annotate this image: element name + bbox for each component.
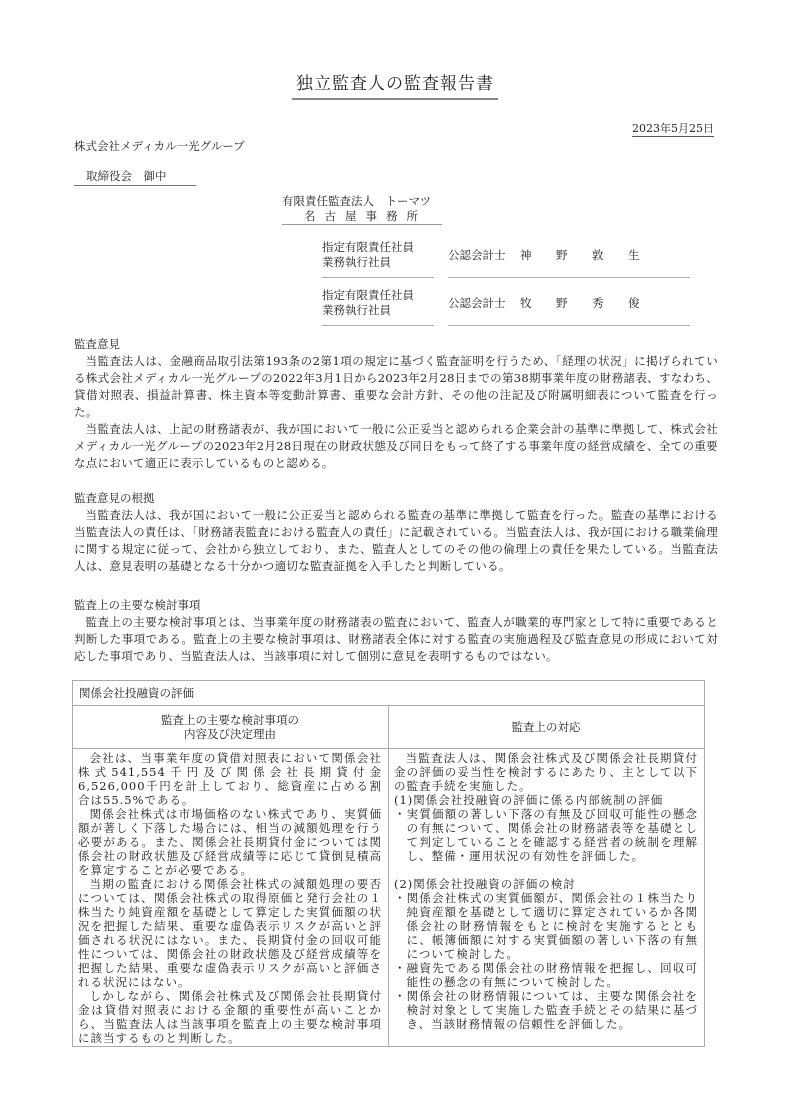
section-heading: 監査上の主要な検討事項 — [74, 597, 718, 614]
section-heading: 監査意見 — [74, 336, 718, 353]
role-line-1: 指定有限責任社員 — [322, 240, 434, 255]
kam-response-bullet: ・実質価額の著しい下落の有無及び回収可能性の懸念の有無について、関係会社の財務諸… — [394, 807, 698, 863]
name-char: 生 — [628, 240, 664, 270]
report-title: 独立監査人の監査報告書 — [292, 73, 498, 100]
signatory-2: 指定有限責任社員 業務執行社員 公認会計士牧野秀俊 — [322, 288, 690, 328]
section-heading: 監査意見の根拠 — [74, 490, 718, 507]
report-title-wrap: 独立監査人の監査報告書 — [0, 73, 790, 100]
kam-response-bullet: ・関係会社株式の実質価額が、関係会社の１株当たり純資産額を基礎として適切に算定さ… — [394, 891, 698, 961]
audit-firm: 有限責任監査法人 トーマツ 名古屋事務所 — [282, 194, 442, 225]
name-char: 敦 — [592, 240, 628, 270]
signatory-role: 指定有限責任社員 業務執行社員 — [322, 240, 434, 278]
name-char: 俊 — [628, 288, 664, 318]
section-audit-opinion: 監査意見 当監査法人は、金融商品取引法第193条の2第1項の規定に基づく監査証明… — [74, 336, 718, 472]
kam-response-bullet: ・融資先である関係会社の財務情報を把握し、回収可能性の懸念の有無について検討した… — [394, 961, 698, 989]
role-line-2: 業務執行社員 — [322, 255, 434, 270]
audit-firm-name: 有限責任監査法人 トーマツ — [282, 194, 442, 209]
section-paragraph: 監査上の主要な検討事項とは、当事業年度の財務諸表の監査において、監査人が職業的専… — [74, 614, 718, 665]
kam-paragraph: 会社は、当事業年度の貸借対照表において関係会社株式541,554千円及び関係会社… — [78, 751, 382, 807]
name-char: 牧 — [520, 288, 556, 318]
name-char: 野 — [556, 240, 592, 270]
audit-firm-office: 名古屋事務所 — [282, 209, 442, 224]
section-basis-for-opinion: 監査意見の根拠 当監査法人は、我が国において一般に公正妥当と認められる監査の基準… — [74, 490, 718, 575]
kam-response-group-heading: (2)関係会社投融資の評価の検討 — [394, 877, 698, 891]
role-line-2: 業務執行社員 — [322, 303, 434, 318]
kam-header-left: 監査上の主要な検討事項の 内容及び決定理由 — [73, 706, 389, 749]
kam-paragraph: しかしながら、関係会社株式及び関係会社長期貸付金は貸借対照表における金額的重要性… — [78, 989, 382, 1045]
kam-response-bullet: ・関係会社の財務情報については、主要な関係会社を検討対象として実施した監査手続と… — [394, 989, 698, 1031]
name-char: 神 — [520, 240, 556, 270]
kam-description: 会社は、当事業年度の貸借対照表において関係会社株式541,554千円及び関係会社… — [73, 749, 389, 1047]
role-line-1: 指定有限責任社員 — [322, 288, 434, 303]
qualification: 公認会計士 — [448, 288, 520, 318]
signatory-1: 指定有限責任社員 業務執行社員 公認会計士神野敦生 — [322, 240, 690, 280]
kam-response: 当監査法人は、関係会社株式及び関係会社長期貸付金の評価の妥当性を検討するにあたり… — [389, 749, 705, 1047]
section-paragraph: 当監査法人は、我が国において一般に公正妥当と認められる監査の基準に準拠して監査を… — [74, 507, 718, 575]
addressee-company: 株式会社メディカル一光グループ — [74, 138, 245, 155]
kam-category: 関係会社投融資の評価 — [73, 681, 705, 706]
qualification: 公認会計士 — [448, 240, 520, 270]
kam-header-right: 監査上の対応 — [389, 706, 705, 749]
report-date: 2023年5月25日 — [632, 121, 714, 137]
kam-body-row: 会社は、当事業年度の貸借対照表において関係会社株式541,554千円及び関係会社… — [73, 749, 705, 1047]
key-audit-matter-table: 関係会社投融資の評価 監査上の主要な検討事項の 内容及び決定理由 監査上の対応 … — [72, 680, 705, 1047]
addressee-board: 取締役会 御中 — [74, 168, 196, 186]
kam-paragraph: 当期の監査における関係会社株式の減額処理の要否については、関係会社株式の取得原価… — [78, 877, 382, 989]
signatory-role: 指定有限責任社員 業務執行社員 — [322, 288, 434, 326]
section-paragraph: 当監査法人は、金融商品取引法第193条の2第1項の規定に基づく監査証明を行うため… — [74, 353, 718, 421]
kam-response-intro: 当監査法人は、関係会社株式及び関係会社長期貸付金の評価の妥当性を検討するにあたり… — [394, 751, 698, 793]
name-char: 秀 — [592, 288, 628, 318]
kam-category-row: 関係会社投融資の評価 — [73, 681, 705, 706]
kam-header-row: 監査上の主要な検討事項の 内容及び決定理由 監査上の対応 — [73, 706, 705, 749]
section-key-audit-matters: 監査上の主要な検討事項 監査上の主要な検討事項とは、当事業年度の財務諸表の監査に… — [74, 597, 718, 665]
kam-paragraph: 関係会社株式は市場価格のない株式であり、実質価額が著しく下落した場合には、相当の… — [78, 807, 382, 877]
kam-response-group-heading: (1)関係会社投融資の評価に係る内部統制の評価 — [394, 793, 698, 807]
name-char: 野 — [556, 288, 592, 318]
signatory-name: 公認会計士神野敦生 — [448, 240, 690, 278]
signatory-name: 公認会計士牧野秀俊 — [448, 288, 690, 326]
spacer — [394, 863, 698, 877]
section-paragraph: 当監査法人は、上記の財務諸表が、我が国において一般に公正妥当と認められる企業会計… — [74, 421, 718, 472]
